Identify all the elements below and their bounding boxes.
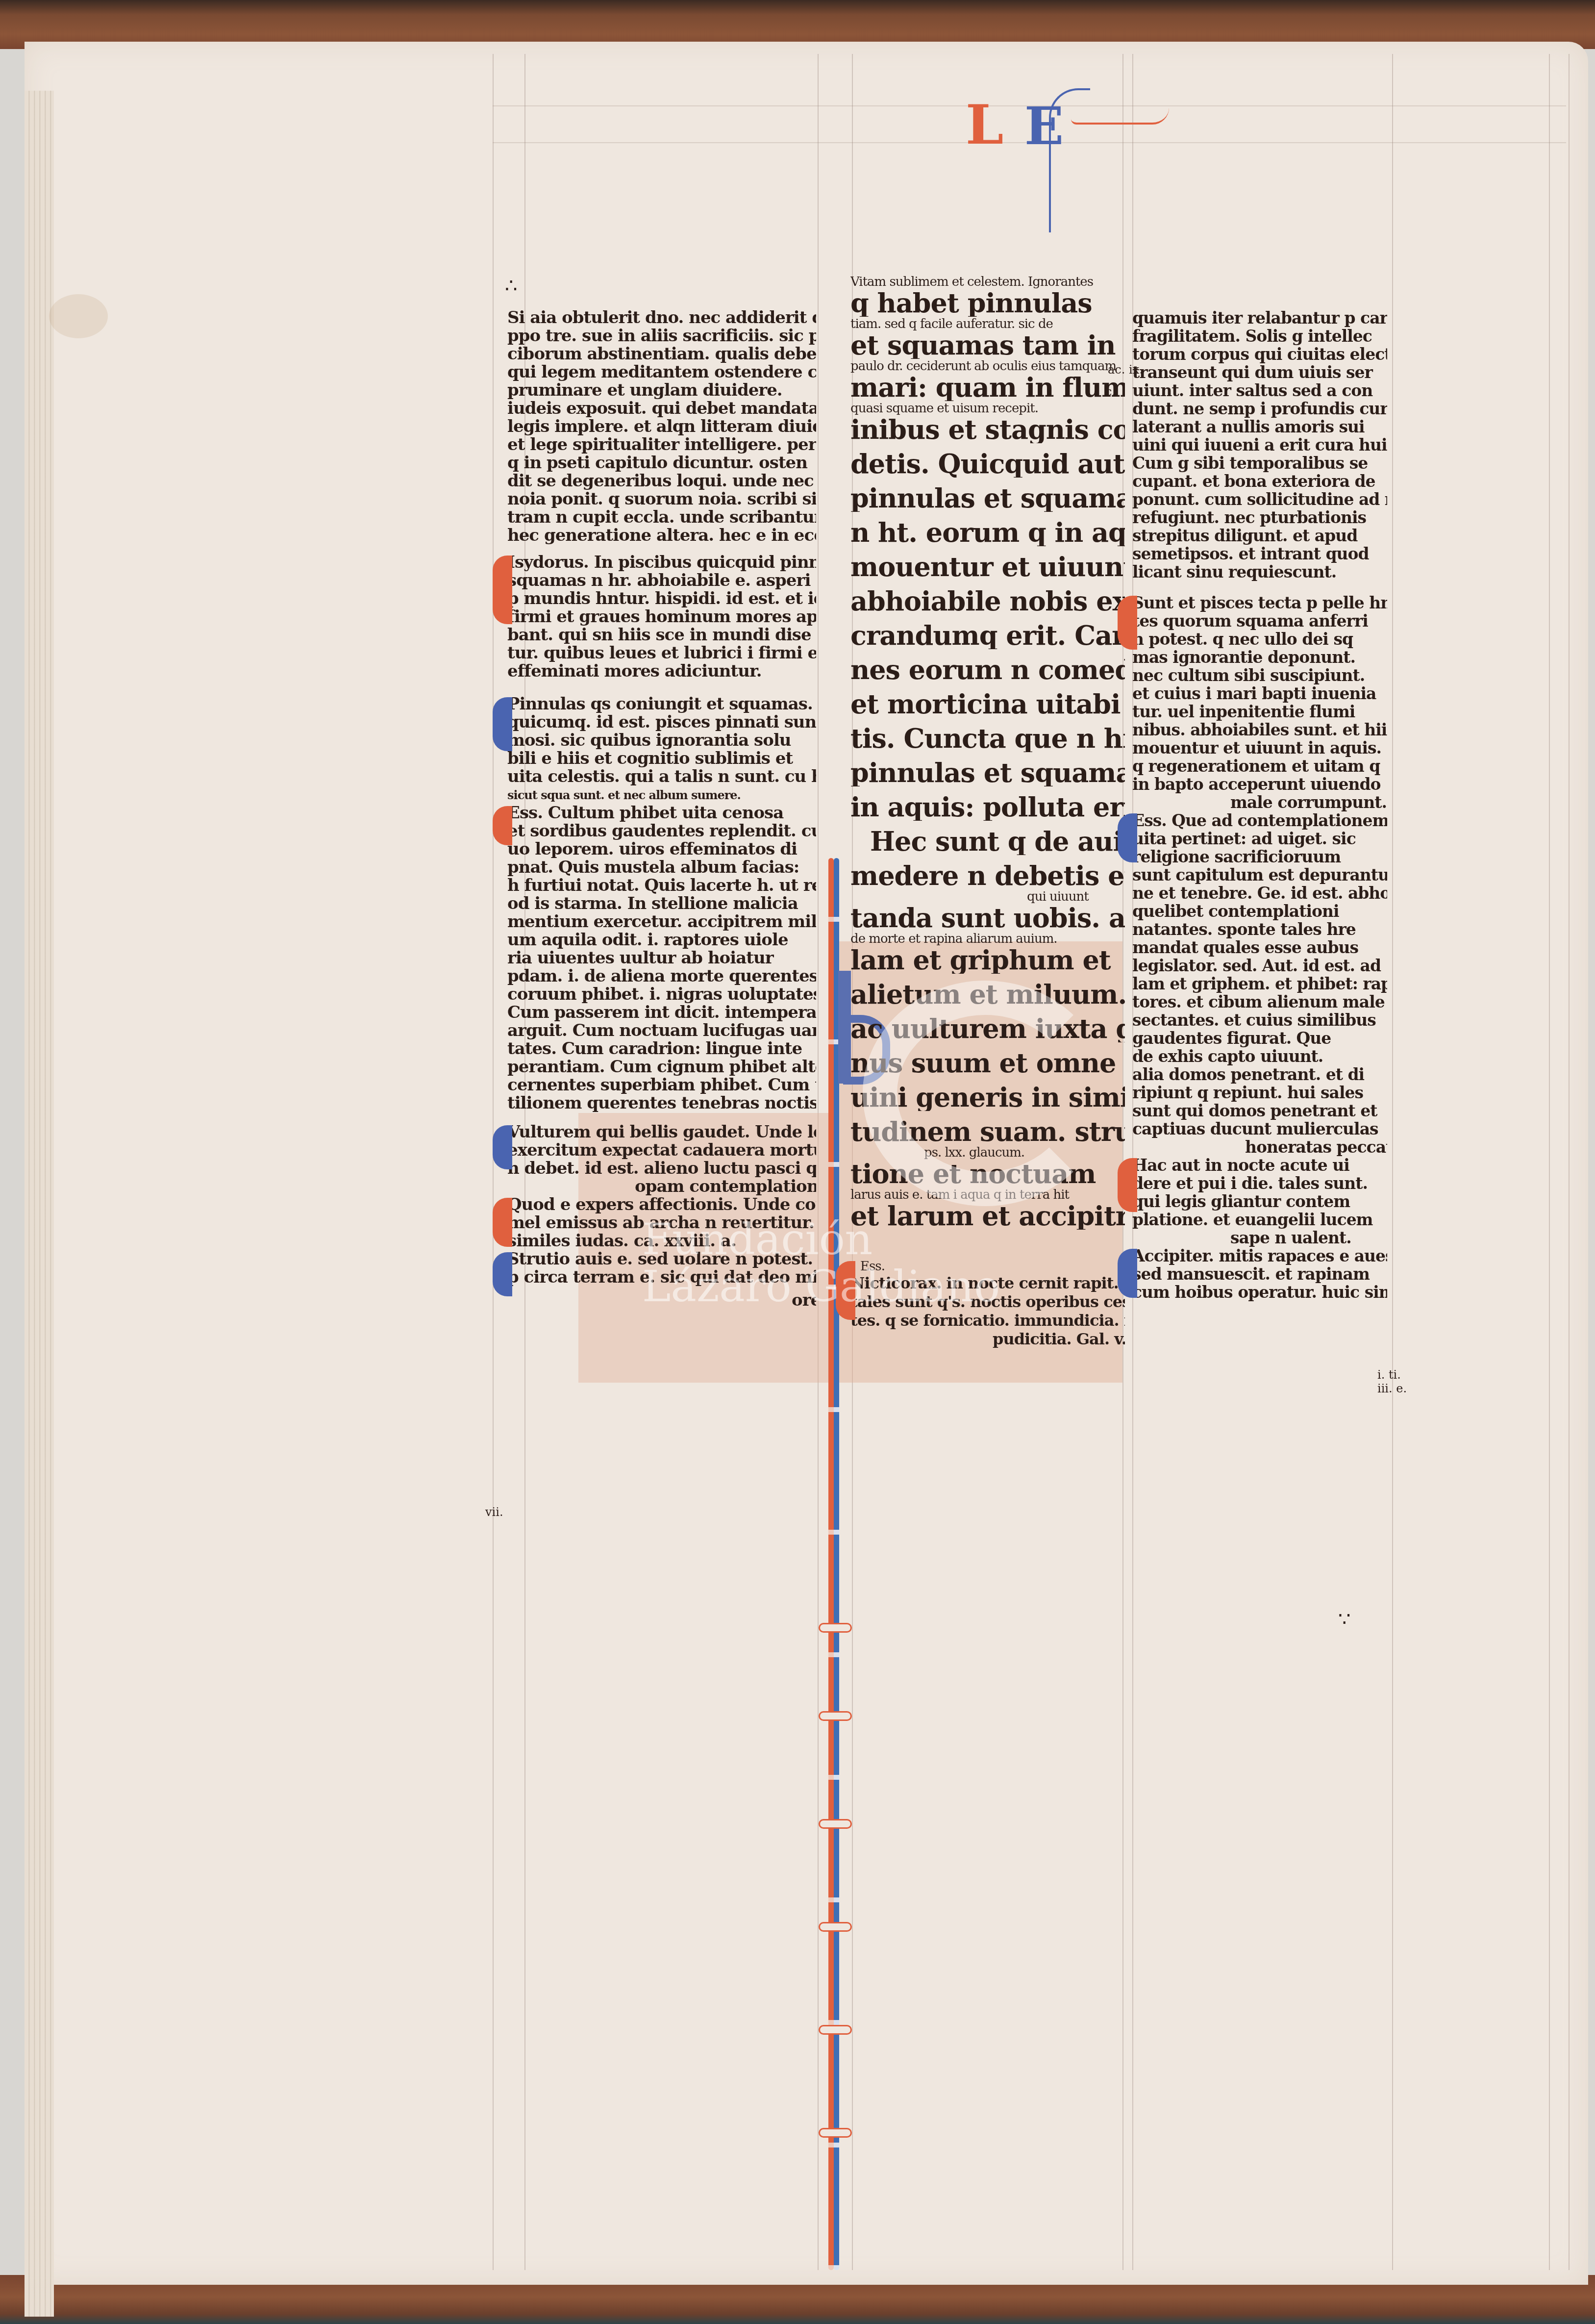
text-line: dit se degeneribus loqui. unde nec pisci…: [507, 472, 816, 490]
blue-initial-icon: [493, 1252, 512, 1296]
text-line: natantes. sponte tales hre: [1132, 920, 1387, 938]
text-line: mas ignorantie deponunt.: [1132, 648, 1387, 666]
text-line: sed mansuescit. et rapinam: [1132, 1265, 1387, 1283]
text-line: n ht. eorum q in aquis: [850, 519, 1125, 546]
watermark-line-2: Lázaro Galdiano: [642, 1263, 1000, 1310]
text-line: semetipsos. et intrant quod: [1132, 545, 1387, 563]
text-line: et morticina uitabi: [850, 690, 1125, 718]
text-line: tram n cupit eccla. unde scribantur: [507, 508, 816, 527]
margin-note: ∴: [505, 275, 517, 297]
text-line: tes. q se fornicatio. immundicia. i: [850, 1311, 1125, 1330]
text-line: et sordibus gaudentes replendit. cum: [507, 822, 816, 840]
margin-note: ac. ix.: [1108, 363, 1143, 377]
text-line: in bapto acceperunt uiuendo: [1132, 775, 1387, 793]
text-line: uiunt. inter saltus sed a con: [1132, 381, 1387, 400]
text-line: n potest. q nec ullo dei sq: [1132, 630, 1387, 648]
text-line: sape n ualent.: [1132, 1229, 1387, 1247]
text-line: mosi. sic quibus ignorantia solu: [507, 732, 816, 750]
text-line: sunt qui domos penetrant et: [1132, 1102, 1387, 1120]
margin-note: c.: [1105, 385, 1116, 399]
paragraph: Vulturem qui bellis gaudet. Unde legit e…: [507, 1123, 816, 1196]
text-line: h furtiui notat. Quis lacerte h. ut re: [507, 877, 816, 895]
blue-initial-icon: [493, 1125, 512, 1169]
paragraph: Pinnulas qs coniungit et squamas. quicum…: [507, 695, 816, 804]
text-line: ne et tenebre. Ge. id est. abhoiand: [1132, 884, 1387, 902]
blue-initial-icon: [493, 697, 512, 751]
text-line: pinnulas et squamas: [850, 484, 1125, 512]
text-line: q regenerationem et uitam q: [1132, 757, 1387, 775]
text-line: nibus. abhoiabiles sunt. et hii q: [1132, 721, 1387, 739]
red-initial-icon: [493, 806, 512, 845]
margin-note: ∵: [1338, 1608, 1350, 1631]
text-line: inibus et stagnis come: [850, 416, 1125, 443]
scroll-knot-icon: [819, 1623, 852, 1633]
text-line: tores. et cibum alienum male: [1132, 993, 1387, 1011]
text-line: Sunt et pisces tecta p pelle hn: [1132, 594, 1387, 612]
text-line: et cuius i mari bapti inuenia: [1132, 684, 1387, 703]
text-line: exercitum expectat cadauera mortuorum.: [507, 1141, 816, 1160]
text-line: Si aia obtulerit dno. nec addiderit de: [507, 309, 816, 327]
gloss-line: qui uiuunt: [850, 889, 1125, 904]
gloss-line: tiam. sed q facile auferatur. sic de: [850, 317, 1125, 331]
paragraph: Hac aut in nocte acute ui dere et pui i …: [1132, 1156, 1387, 1247]
red-initial-icon: [1118, 596, 1137, 650]
text-line: quelibet contemplationi: [1132, 902, 1387, 920]
text-line: sectantes. et cuius similibus: [1132, 1011, 1387, 1029]
running-header-letter-l: L: [966, 93, 1003, 156]
text-column-right: quamuis iter relabantur p carnis fragili…: [1132, 309, 1387, 1301]
text-line: uini qui iuueni a erit cura huius.: [1132, 436, 1387, 454]
text-line: q in pseti capitulo dicuntur. osten: [507, 454, 816, 472]
text-line: honeratas peccatis.: [1132, 1138, 1387, 1156]
text-line: quicumq. id est. pisces pinnati sunt et …: [507, 713, 816, 732]
text-line: Pinnulas qs coniungit et squamas.: [507, 695, 816, 713]
watermark-line-1: Fundación: [642, 1216, 1000, 1263]
text-line: Accipiter. mitis rapaces e aues: [1132, 1247, 1387, 1265]
text-line: ponunt. cum sollicitudine ad regiona: [1132, 490, 1387, 508]
text-line: dere et pui i die. tales sunt.: [1132, 1174, 1387, 1192]
text-line: pinnulas et squamas: [850, 759, 1125, 786]
margin-note: vii.: [485, 1505, 503, 1519]
running-header: L E: [946, 74, 1181, 201]
text-line: et squamas tam in: [850, 331, 1125, 359]
text-line: squamas n hr. abhoiabile e. asperi: [507, 572, 816, 590]
text-line: ciborum abstinentiam. qualis debet esse: [507, 345, 816, 363]
text-line: captiuas ducunt mulierculas: [1132, 1120, 1387, 1138]
text-line: Vulturem qui bellis gaudet. Unde legit: [507, 1123, 816, 1141]
text-line: tilionem querentes tenebras noctis.: [507, 1094, 816, 1112]
scroll-knot-icon: [819, 1819, 852, 1829]
paragraph: Accipiter. mitis rapaces e aues sed mans…: [1132, 1247, 1387, 1301]
paragraph: quamuis iter relabantur p carnis fragili…: [1132, 309, 1387, 581]
text-line: Quod e expers affectionis. Unde coruus s…: [507, 1196, 816, 1214]
text-line: opam contemplationi.: [507, 1178, 816, 1196]
text-line: gaudentes figurat. Que: [1132, 1029, 1387, 1047]
text-line: pnat. Quis mustela album facias:: [507, 859, 816, 877]
text-line: qui legem meditantem ostendere cupiens:: [507, 363, 816, 381]
text-line: firmi et graues hominum mores app: [507, 608, 816, 626]
text-line: refugiunt. nec pturbationis: [1132, 508, 1387, 527]
page-stack-edge: [25, 91, 54, 2317]
paragraph: Isydorus. In piscibus quicquid pinnulas …: [507, 554, 816, 681]
text-line: torum corpus qui ciuitas electus: [1132, 345, 1387, 363]
text-line: tates. Cum caradrion: lingue inte: [507, 1040, 816, 1058]
watermark-text: Fundación Lázaro Galdiano: [642, 1216, 1000, 1310]
text-line: cum hoibus operatur. huic simila: [1132, 1283, 1387, 1301]
gloss-line: quasi squame et uisum recepit.: [850, 401, 1125, 416]
text-line: laterant a nullis amoris sui: [1132, 418, 1387, 436]
paragraph: Sunt et pisces tecta p pelle hn tes quor…: [1132, 594, 1387, 811]
text-line: ppo tre. sue in aliis sacrificiis. sic p: [507, 327, 816, 345]
ruling-line-vertical: [1549, 54, 1550, 2270]
text-line: mentium exercetur. accipitrem milu: [507, 913, 816, 931]
text-line: tanda sunt uobis. aqui: [850, 904, 1125, 932]
text-line: um aquila odit. i. raptores uiole: [507, 931, 816, 949]
parchment-stain: [49, 294, 108, 338]
scroll-knot-icon: [819, 2128, 852, 2138]
text-line: Hac aut in nocte acute ui: [1132, 1156, 1387, 1174]
text-line: ripiunt q repiunt. hui sales: [1132, 1084, 1387, 1102]
text-line: uita celestis. qui a talis n sunt. cu hi…: [507, 768, 816, 786]
ruling-line-vertical: [1392, 54, 1393, 2270]
text-line: tis. Cuncta que n hnt: [850, 725, 1125, 752]
text-line: licant sinu requiescunt.: [1132, 563, 1387, 581]
text-line: pdam. i. de aliena morte querentes.: [507, 967, 816, 985]
text-line: strepitus diligunt. et apud: [1132, 527, 1387, 545]
gloss-line: de morte et rapina aliarum auium.: [850, 932, 1125, 946]
blue-initial-icon: [1118, 1249, 1137, 1298]
text-line: sicut squa sunt. et nec album sumere.: [507, 786, 816, 804]
text-column-left: Si aia obtulerit dno. nec addiderit de p…: [507, 309, 816, 1310]
text-line: tur. quibus leues et lubrici i firmi et: [507, 644, 816, 662]
red-initial-icon: [493, 1198, 512, 1247]
watermark-logo-g-icon: [863, 981, 1108, 1206]
text-line: pruminare et unglam diuidere.: [507, 381, 816, 400]
text-line: dunt. ne semp i profundis curarum: [1132, 400, 1387, 418]
text-line: nec cultum sibi suscipiunt.: [1132, 666, 1387, 684]
ruling-line-vertical: [493, 54, 494, 2270]
text-line: Cum passerem int dicit. intemperantia: [507, 1004, 816, 1022]
text-line: coruum phibet. i. nigras uoluptates.: [507, 985, 816, 1004]
text-line: iudeis exposuit. qui debet mandata: [507, 400, 816, 418]
text-line: crandumq erit. Car: [850, 622, 1125, 649]
text-line: mouentur et uiuunt in aquis.: [1132, 739, 1387, 757]
text-line: od is starma. In stellione malicia: [507, 895, 816, 913]
text-line: p mundis hntur. hispidi. id est. et ieiu…: [507, 590, 816, 608]
paragraph: Ess. Cultum phibet uita cenosa et sordib…: [507, 804, 816, 1112]
text-line: q habet pinnulas: [850, 289, 1125, 317]
text-line: in aquis: polluta erit.: [850, 793, 1125, 821]
text-line: Hec sunt q de auibus co: [850, 828, 1125, 855]
text-line: bant. qui sn hiis sce in mundi dise: [507, 626, 816, 644]
text-line: mandat quales esse aubus: [1132, 938, 1387, 957]
text-line: legislator. sed. Aut. id est. ad: [1132, 957, 1387, 975]
text-line: male corrumpunt.: [1132, 793, 1387, 811]
text-line: quamuis iter relabantur p carnis: [1132, 309, 1387, 327]
text-line: pudicitia. Gal. v.: [850, 1330, 1125, 1348]
margin-note: i. ti. iii. e.: [1377, 1368, 1417, 1395]
text-line: lam et griphem. et phibet: rap: [1132, 975, 1387, 993]
text-line: medere n debetis et m: [850, 862, 1125, 889]
text-line: hec generatione altera. hec e in eccl.: [507, 527, 816, 545]
text-line: religione sacrificioruum: [1132, 848, 1387, 866]
text-line: n debet. id est. alieno luctu pasci qui …: [507, 1160, 816, 1178]
paragraph: Ess. Que ad contemplationem uita pertine…: [1132, 811, 1387, 1156]
text-line: perantiam. Cum cignum phibet alte: [507, 1058, 816, 1076]
text-line: de exhis capto uiuunt.: [1132, 1047, 1387, 1065]
scroll-knot-icon: [819, 1922, 852, 1932]
text-line: noia ponit. q suorum noia. scribi sic: [507, 490, 816, 508]
text-line: sunt capitulum est depurantur.: [1132, 866, 1387, 884]
text-line: lam et griphum et: [850, 946, 1125, 974]
text-line: platione. et euangelii lucem: [1132, 1211, 1387, 1229]
text-line: uo leporem. uiros effeminatos di: [507, 840, 816, 859]
paragraph: Si aia obtulerit dno. nec addiderit de p…: [507, 309, 816, 545]
scroll-knot-icon: [819, 2025, 852, 2035]
text-line: detis. Quicquid aut: [850, 450, 1125, 478]
text-line: legis implere. et alqn litteram diuidere…: [507, 418, 816, 436]
text-line: uita pertinet: ad uiget. sic: [1132, 830, 1387, 848]
text-line: Isydorus. In piscibus quicquid pinnulas …: [507, 554, 816, 572]
text-line: fragilitatem. Solis g intellec: [1132, 327, 1387, 345]
text-line: ria uiuentes uultur ab hoiatur: [507, 949, 816, 967]
text-line: Ess. Cultum phibet uita cenosa: [507, 804, 816, 822]
text-line: nes eorum n comedetis.: [850, 656, 1125, 683]
text-line: abhoiabile nobis exe: [850, 587, 1125, 615]
gloss-line: paulo dr. ceciderunt ab oculis eius tamq…: [850, 359, 1125, 374]
text-line: mouentur et uiuunt:: [850, 553, 1125, 581]
red-initial-icon: [493, 556, 512, 624]
text-line: Cum g sibi temporalibus se: [1132, 454, 1387, 472]
text-line: alia domos penetrant. et di: [1132, 1065, 1387, 1084]
text-line: mari: quam in flum: [850, 374, 1125, 401]
text-line: Ess. Que ad contemplationem: [1132, 811, 1387, 830]
text-line: arguit. Cum noctuam lucifugas uane: [507, 1022, 816, 1040]
text-line: effeminati mores adiciuntur.: [507, 662, 816, 681]
text-line: cernentes superbiam phibet. Cum uesper: [507, 1076, 816, 1094]
text-line: bili e hiis et cognitio sublimis et: [507, 750, 816, 768]
text-line: cupant. et bona exteriora de: [1132, 472, 1387, 490]
text-line: et lege spiritualiter intelligere. per h…: [507, 436, 816, 454]
text-line: tes quorum squama anferri: [1132, 612, 1387, 630]
ruling-line-vertical: [1569, 54, 1570, 2270]
scroll-knot-icon: [819, 1711, 852, 1721]
flourish-icon: [1071, 108, 1169, 125]
blue-initial-icon: [1118, 813, 1137, 862]
gloss-line: Vitam sublimem et celestem. Ignorantes: [850, 275, 1125, 289]
text-line: transeunt qui dum uiuis ser: [1132, 363, 1387, 381]
text-line: qui legis gliantur contem: [1132, 1192, 1387, 1211]
text-line: tur. uel inpenitentie flumi: [1132, 703, 1387, 721]
red-initial-icon: [1118, 1158, 1137, 1212]
